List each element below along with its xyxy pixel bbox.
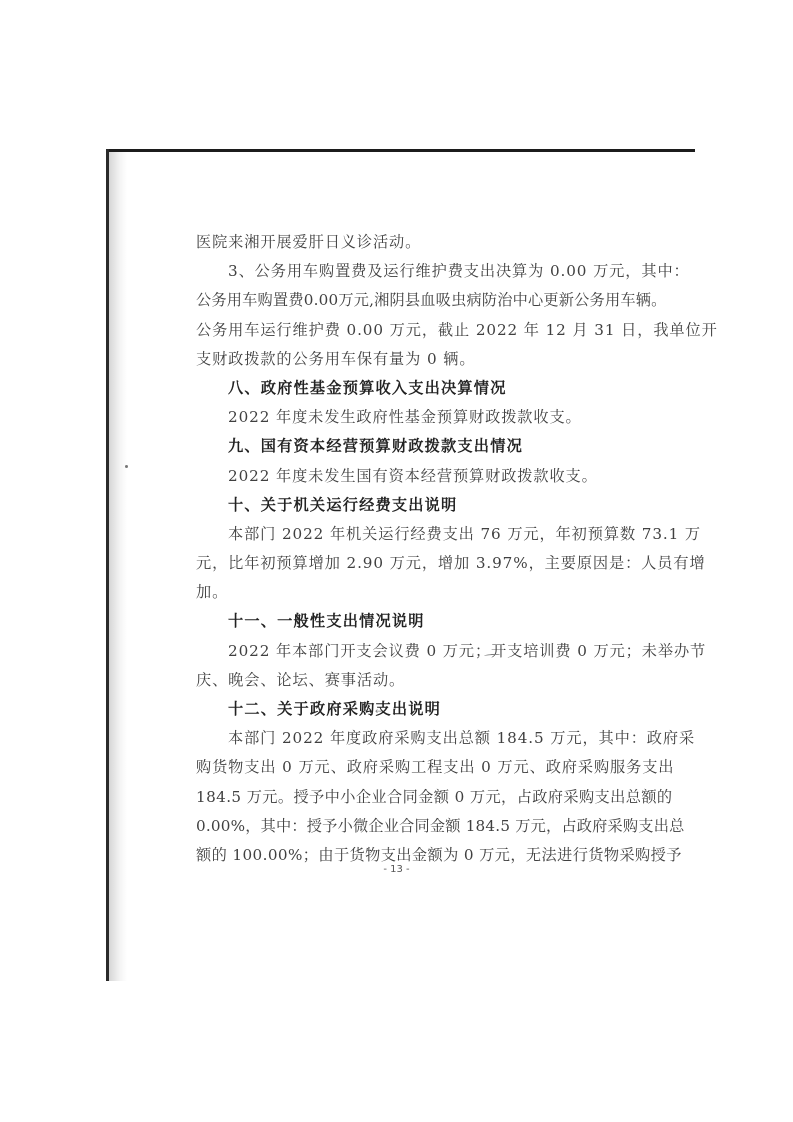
section-heading-12: 十二、关于政府采购支出说明 (196, 695, 628, 724)
text-line: 本部门 2022 年度政府采购支出总额 184.5 万元，其中：政府采 (196, 724, 628, 753)
text-line: 本部门 2022 年机关运行经费支出 76 万元，年初预算数 73.1 万 (196, 520, 628, 549)
scan-border-top (106, 149, 695, 152)
text-line: 医院来湘开展爱肝日义诊活动。 (196, 228, 628, 257)
section-heading-10: 十、关于机关运行经费支出说明 (196, 491, 628, 520)
page-number: - 13 - (0, 864, 793, 875)
text-line: 公务用车运行维护费 0.00 万元，截止 2022 年 12 月 31 日，我单… (196, 316, 628, 345)
text-line: 购货物支出 0 万元、政府采购工程支出 0 万元、政府采购服务支出 (196, 753, 628, 782)
section-heading-8: 八、政府性基金预算收入支出决算情况 (196, 374, 628, 403)
scan-speck (125, 465, 128, 468)
text-line: 加。 (196, 578, 628, 607)
section-heading-9: 九、国有资本经营预算财政拨款支出情况 (196, 432, 628, 461)
text-line: 2022 年度未发生政府性基金预算财政拨款收支。 (196, 403, 628, 432)
text-line: 元，比年初预算增加 2.90 万元，增加 3.97%，主要原因是：人员有增 (196, 549, 628, 578)
text-line: 0.00%，其中：授予小微企业合同金额 184.5 万元，占政府采购支出总 (196, 812, 628, 841)
handwritten-arrow-mark: ← (375, 707, 383, 717)
scan-shadow (109, 152, 127, 981)
text-line: 支财政拨款的公务用车保有量为 0 辆。 (196, 345, 628, 374)
section-heading-11: 十一、一般性支出情况说明 (196, 607, 628, 636)
text-line: 184.5 万元。授予中小企业合同金额 0 万元，占政府采购支出总额的 (196, 783, 628, 812)
text-line: 2022 年度未发生国有资本经营预算财政拨款收支。 (196, 462, 628, 491)
page-body: 医院来湘开展爱肝日义诊活动。 3、公务用车购置费及运行维护费支出决算为 0.00… (196, 228, 628, 870)
text-line: 公务用车购置费0.00万元,湘阴县血吸虫病防治中心更新公务用车辆。 (196, 286, 628, 315)
text-line: 庆、晚会、论坛、赛事活动。 (196, 666, 628, 695)
text-line: 3、公务用车购置费及运行维护费支出决算为 0.00 万元，其中： (196, 257, 628, 286)
text-line: 2022 年本部门开支会议费 0 万元；开支培训费 0 万元；未举办节 (196, 637, 628, 666)
